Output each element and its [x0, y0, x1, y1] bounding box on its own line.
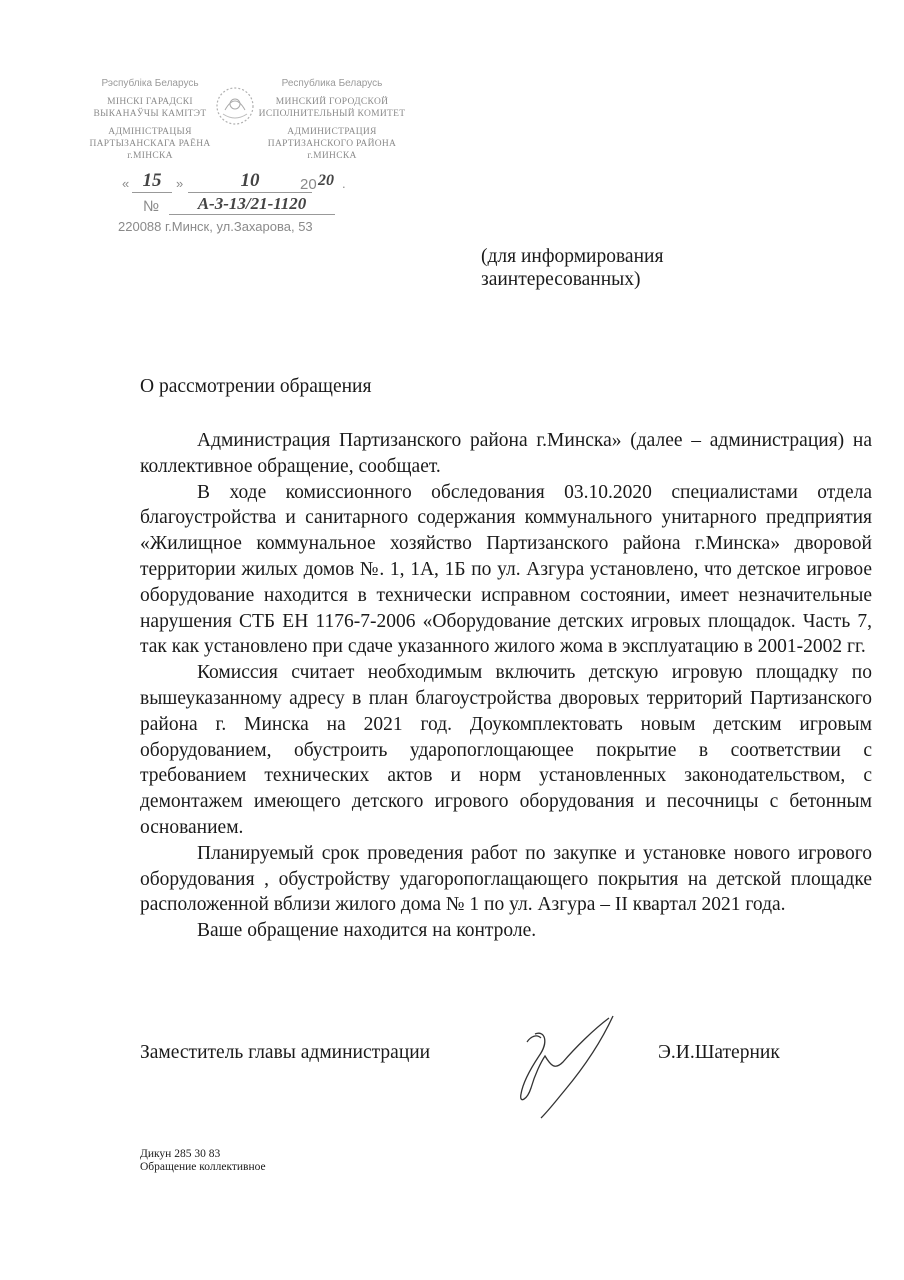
- appeal-type-note: Обращение коллективное: [140, 1161, 266, 1174]
- admin-be-1: АДМІНІСТРАЦЫЯ: [70, 126, 230, 138]
- footer: Дикун 285 30 83 Обращение коллективное: [140, 1148, 266, 1174]
- date-close-quote: »: [176, 176, 183, 191]
- org-address: 220088 г.Минск, ул.Захарова, 53: [118, 219, 313, 234]
- paragraph-2: В ходе комиссионного обследования 03.10.…: [140, 480, 872, 661]
- date-dot: .: [342, 176, 346, 191]
- admin-ru-2: ПАРТИЗАНСКОГО РАЙОНА: [252, 138, 412, 150]
- paragraph-4: Планируемый срок проведения работ по зак…: [140, 841, 872, 918]
- paragraph-3: Комиссия считает необходимым включить де…: [140, 660, 872, 841]
- signatory-name: Э.И.Шатерник: [658, 1040, 780, 1066]
- admin-be-3: г.МІНСКА: [70, 150, 230, 162]
- committee-ru-2: ИСПОЛНИТЕЛЬНЫЙ КОМИТЕТ: [252, 108, 412, 120]
- letter-body: Администрация Партизанского района г.Мин…: [140, 428, 872, 944]
- date-year-suffix: 20: [318, 172, 334, 190]
- date-year-prefix: 20: [300, 176, 317, 193]
- republic-ru: Республика Беларусь: [252, 78, 412, 90]
- letterhead-left: Рэспубліка Беларусь МІНСКІ ГАРАДСКІ ВЫКА…: [70, 78, 230, 162]
- republic-be: Рэспубліка Беларусь: [70, 78, 230, 90]
- addressee: (для информирования заинтересованных): [481, 245, 663, 291]
- state-emblem-icon: [213, 84, 257, 133]
- signatory-position: Заместитель главы администрации: [140, 1040, 430, 1066]
- admin-be-2: ПАРТЫЗАНСКАГА РАЁНА: [70, 138, 230, 150]
- addressee-line2: заинтересованных): [481, 268, 663, 291]
- number-label: №: [143, 198, 159, 215]
- admin-ru-3: г.МИНСКА: [252, 150, 412, 162]
- committee-be-2: ВЫКАНАЎЧЫ КАМІТЭТ: [70, 108, 230, 120]
- addressee-line1: (для информирования: [481, 245, 663, 268]
- paragraph-5: Ваше обращение находится на контроле.: [140, 918, 872, 944]
- subject-line: О рассмотрении обращения: [140, 376, 371, 398]
- admin-ru-1: АДМИНИСТРАЦИЯ: [252, 126, 412, 138]
- date-month: 10: [188, 170, 312, 193]
- number-value: А-3-13/21-1120: [169, 194, 335, 215]
- executor-contact: Дикун 285 30 83: [140, 1148, 266, 1161]
- date-open-quote: «: [122, 176, 129, 191]
- letterhead-right: Республика Беларусь МИНСКИЙ ГОРОДСКОЙ ИС…: [252, 78, 412, 162]
- letter-date: « 15 » 10 20 20 .: [122, 170, 352, 194]
- handwritten-signature-icon: [505, 1012, 625, 1127]
- committee-ru-1: МИНСКИЙ ГОРОДСКОЙ: [252, 96, 412, 108]
- date-day: 15: [132, 170, 172, 193]
- committee-be-1: МІНСКІ ГАРАДСКІ: [70, 96, 230, 108]
- paragraph-1: Администрация Партизанского района г.Мин…: [140, 428, 872, 480]
- letter-number: № А-3-13/21-1120: [143, 194, 343, 218]
